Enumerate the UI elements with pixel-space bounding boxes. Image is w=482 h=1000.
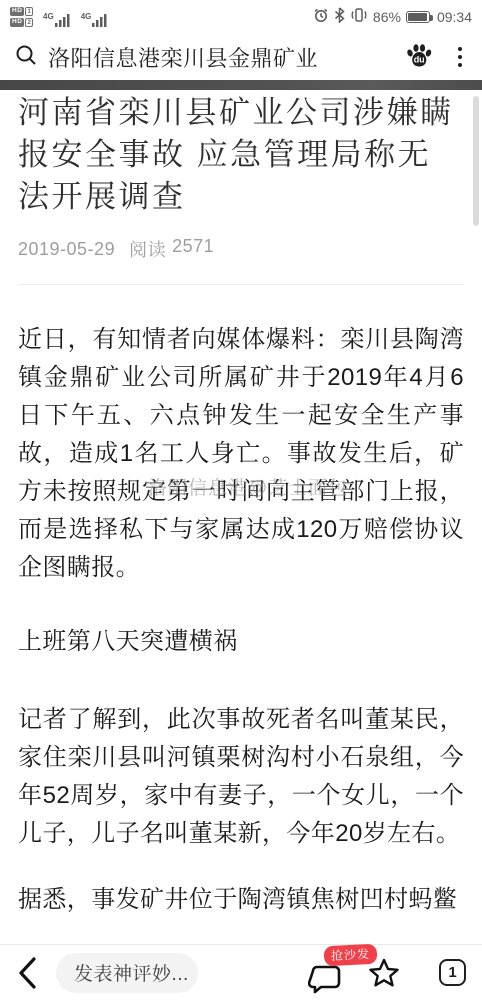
bottom-bar: 发表神评妙... 抢沙发 1 bbox=[0, 944, 482, 1000]
search-bar[interactable]: 洛阳信息港栾川县金鼎矿业 du bbox=[0, 34, 482, 80]
signal-icon-sim1: 4G bbox=[43, 12, 71, 27]
back-button[interactable] bbox=[16, 956, 56, 990]
bluetooth-icon bbox=[334, 7, 345, 28]
paragraph-2: 记者了解到，此次事故死者名叫董某民，家住栾川县叫河镇栗树沟村小石泉组，今年52周… bbox=[18, 701, 464, 853]
volte-hd-badges: HD 1 HD 2 bbox=[10, 7, 33, 27]
page-top-band bbox=[0, 80, 482, 90]
baidu-paw-icon[interactable]: du bbox=[404, 41, 434, 74]
read-label: 阅读 bbox=[129, 236, 166, 262]
comment-input[interactable]: 发表神评妙... bbox=[56, 953, 198, 993]
article: 河南省栾川县矿业公司涉嫌瞒报安全事故 应急管理局称无法开展调查 2019-05-… bbox=[0, 90, 482, 919]
article-meta: 2019-05-29 阅读 2571 bbox=[18, 236, 464, 262]
menu-kebab-icon[interactable] bbox=[458, 47, 462, 67]
search-icon bbox=[14, 43, 38, 72]
article-date: 2019-05-29 bbox=[18, 239, 115, 260]
search-query[interactable]: 洛阳信息港栾川县金鼎矿业 bbox=[48, 42, 318, 73]
alarm-icon bbox=[313, 7, 329, 28]
tab-count: 1 bbox=[439, 959, 466, 986]
sofa-badge[interactable]: 抢沙发 bbox=[324, 943, 378, 966]
vibrate-icon bbox=[350, 7, 368, 28]
status-bar: HD 1 HD 2 4G 4G bbox=[0, 0, 482, 34]
subheading: 上班第八天突遭横祸 bbox=[18, 623, 464, 661]
status-time: 09:34 bbox=[437, 9, 472, 25]
signal-icon-sim2: 4G bbox=[81, 12, 109, 27]
paragraph-1: 近日，有知情者向媒体爆料：栾川县陶湾镇金鼎矿业公司所属矿井于2019年4月6日下… bbox=[18, 321, 464, 587]
battery-percent: 86% bbox=[373, 9, 401, 25]
battery-icon bbox=[406, 11, 430, 23]
article-title: 河南省栾川县矿业公司涉嫌瞒报安全事故 应急管理局称无法开展调查 bbox=[18, 92, 464, 218]
svg-text:du: du bbox=[414, 54, 425, 64]
article-body: 近日，有知情者向媒体爆料：栾川县陶湾镇金鼎矿业公司所属矿井于2019年4月6日下… bbox=[18, 321, 464, 919]
read-count: 2571 bbox=[172, 236, 214, 262]
divider bbox=[18, 284, 464, 285]
hd1-icon: HD bbox=[10, 7, 24, 16]
scrollbar[interactable] bbox=[473, 96, 479, 226]
paragraph-3: 据悉，事发矿井位于陶湾镇焦树凹村蚂鳖 bbox=[18, 881, 464, 919]
comment-bubble-icon bbox=[308, 963, 342, 995]
tabs-button[interactable]: 1 bbox=[416, 959, 466, 986]
comments-button[interactable]: 抢沙发 bbox=[308, 951, 352, 995]
hd2-icon: HD bbox=[10, 18, 24, 27]
